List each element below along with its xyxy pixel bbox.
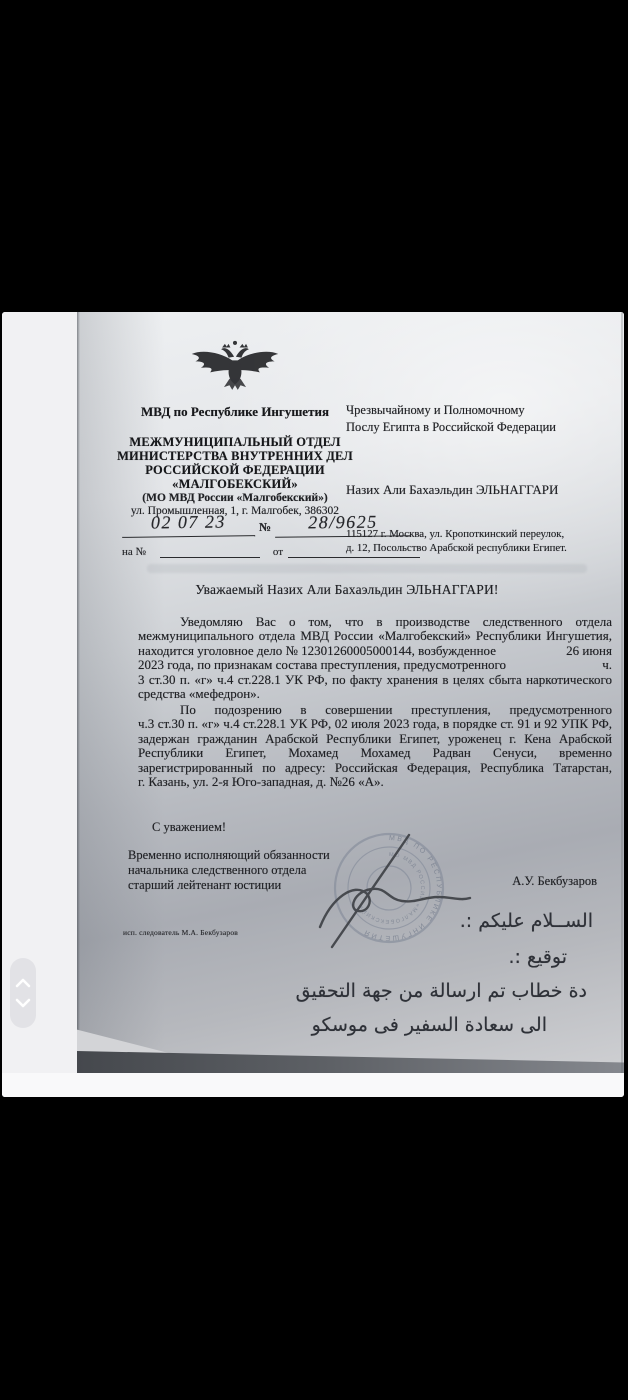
reference-number-row: на № от: [122, 543, 422, 558]
ref-blank-line: [160, 543, 260, 558]
org-line: «МАЛГОБЕКСКИЙ»: [97, 477, 373, 491]
body-line: г. Казань, ул. 2-я Юго-западная, д. №26 …: [138, 775, 612, 789]
scroll-up-button[interactable]: [14, 977, 32, 989]
body-line: находится уголовное дело № 1230126000500…: [138, 644, 612, 658]
chevron-down-icon: [14, 997, 32, 1009]
sender-org-abbr: (МО МВД России «Малгобекский»): [97, 492, 373, 504]
scroll-down-button[interactable]: [14, 997, 32, 1009]
body-paragraph-1: Уведомляю Вас о том, что в производстве …: [138, 615, 612, 702]
arabic-note-line: توقيع :.: [508, 946, 567, 968]
body-line: средства «мефедрон».: [138, 687, 612, 701]
handwritten-number: 28/9625: [275, 511, 411, 537]
arabic-note-line: الى سعادة السفير فى موسكو: [312, 1014, 547, 1036]
mvd-eagle-emblem-icon: [189, 338, 281, 392]
executor-line: исп. следователь М.А. Бекбузаров: [123, 928, 238, 937]
photo-bottom-shadow-edge: [77, 1051, 624, 1073]
chevron-up-icon: [14, 977, 32, 989]
viewer-left-gutter: [2, 312, 77, 1097]
regards-line: С уважением!: [152, 820, 226, 835]
salutation: Уважаемый Назих Али Бахаэльдин ЭЛЬНАГГАР…: [107, 582, 587, 598]
svg-text:МО МВД РОССИИ «МАЛГОБЕКСКИЙ»: МО МВД РОССИИ «МАЛГОБЕКСКИЙ»: [358, 852, 425, 924]
scan-artifact: [147, 564, 587, 573]
outgoing-number-row: 02 07 23 № 28/9625: [122, 512, 422, 537]
body-line: Республики Египет, Мохамед Мохамед Радва…: [138, 746, 612, 760]
body-line: зарегистрированный по адресу: Российская…: [138, 761, 612, 775]
sender-org-name: МВД по Республике Ингушетия: [97, 404, 373, 420]
sender-header-block: МВД по Республике Ингушетия МЕЖМУНИЦИПАЛ…: [97, 334, 373, 517]
ref-from-label: от: [268, 546, 288, 558]
body-line: 3 ст.30 п. «г» ч.4 ст.228.1 УК РФ, по фа…: [138, 673, 612, 687]
signature-scribble: [320, 835, 470, 947]
body-line: ч.3 ст.30 п. «г» ч.4 ст.228.1 УК РФ, 02 …: [138, 717, 612, 731]
media-viewer-background: МВД по Республике Ингушетия МЕЖМУНИЦИПАЛ…: [0, 0, 628, 1400]
stamp-inner-text: МО МВД РОССИИ «МАЛГОБЕКСКИЙ»: [358, 852, 425, 924]
org-line: РОССИЙСКОЙ ФЕДЕРАЦИИ: [97, 463, 373, 477]
stamp-circles: [335, 834, 443, 942]
recipient-title-line: Чрезвычайному и Полномочному: [346, 402, 618, 419]
body-line: По подозрению в совершении преступления,…: [138, 703, 612, 717]
number-sign: №: [255, 520, 275, 537]
sender-org-full-name: МЕЖМУНИЦИПАЛЬНЫЙ ОТДЕЛ МИНИСТЕРСТВА ВНУТ…: [97, 435, 373, 491]
handwritten-date: 02 07 23: [122, 511, 255, 538]
body-line: Уведомляю Вас о том, что в производстве …: [138, 615, 612, 629]
ref-on-label: на №: [122, 546, 160, 558]
body-line: 2023 года, по признакам состава преступл…: [138, 658, 612, 672]
position-line: Временно исполняющий обязанности: [128, 848, 330, 863]
ref-blank-line: [288, 543, 420, 558]
arabic-note-line: الســلام عليكم :.: [460, 910, 593, 932]
arabic-note-line: دة خطاب تم ارسالة من جهة التحقيق: [296, 980, 587, 1002]
document-viewer-card: МВД по Республике Ингушетия МЕЖМУНИЦИПАЛ…: [2, 312, 624, 1097]
position-line: старший лейтенант юстиции: [128, 878, 330, 893]
body-line: задержан гражданин Арабской Республики Е…: [138, 732, 612, 746]
body-paragraph-2: По подозрению в совершении преступления,…: [138, 703, 612, 790]
body-line: межмуниципального отдела МВД России «Мал…: [138, 629, 612, 643]
org-line: МИНИСТЕРСТВА ВНУТРЕННИХ ДЕЛ: [97, 449, 373, 463]
scanned-letter-photo[interactable]: МВД по Республике Ингушетия МЕЖМУНИЦИПАЛ…: [77, 312, 624, 1073]
recipient-title-line: Послу Египта в Российской Федерации: [346, 419, 618, 436]
org-line: МЕЖМУНИЦИПАЛЬНЫЙ ОТДЕЛ: [97, 435, 373, 449]
scroll-nav-pill: [10, 958, 36, 1028]
position-line: начальника следственного отдела: [128, 863, 330, 878]
recipient-name: Назих Али Бахаэльдин ЭЛЬНАГГАРИ: [346, 482, 618, 498]
signer-position-block: Временно исполняющий обязанности начальн…: [128, 848, 330, 894]
viewer-bottom-strip: [2, 1073, 624, 1097]
